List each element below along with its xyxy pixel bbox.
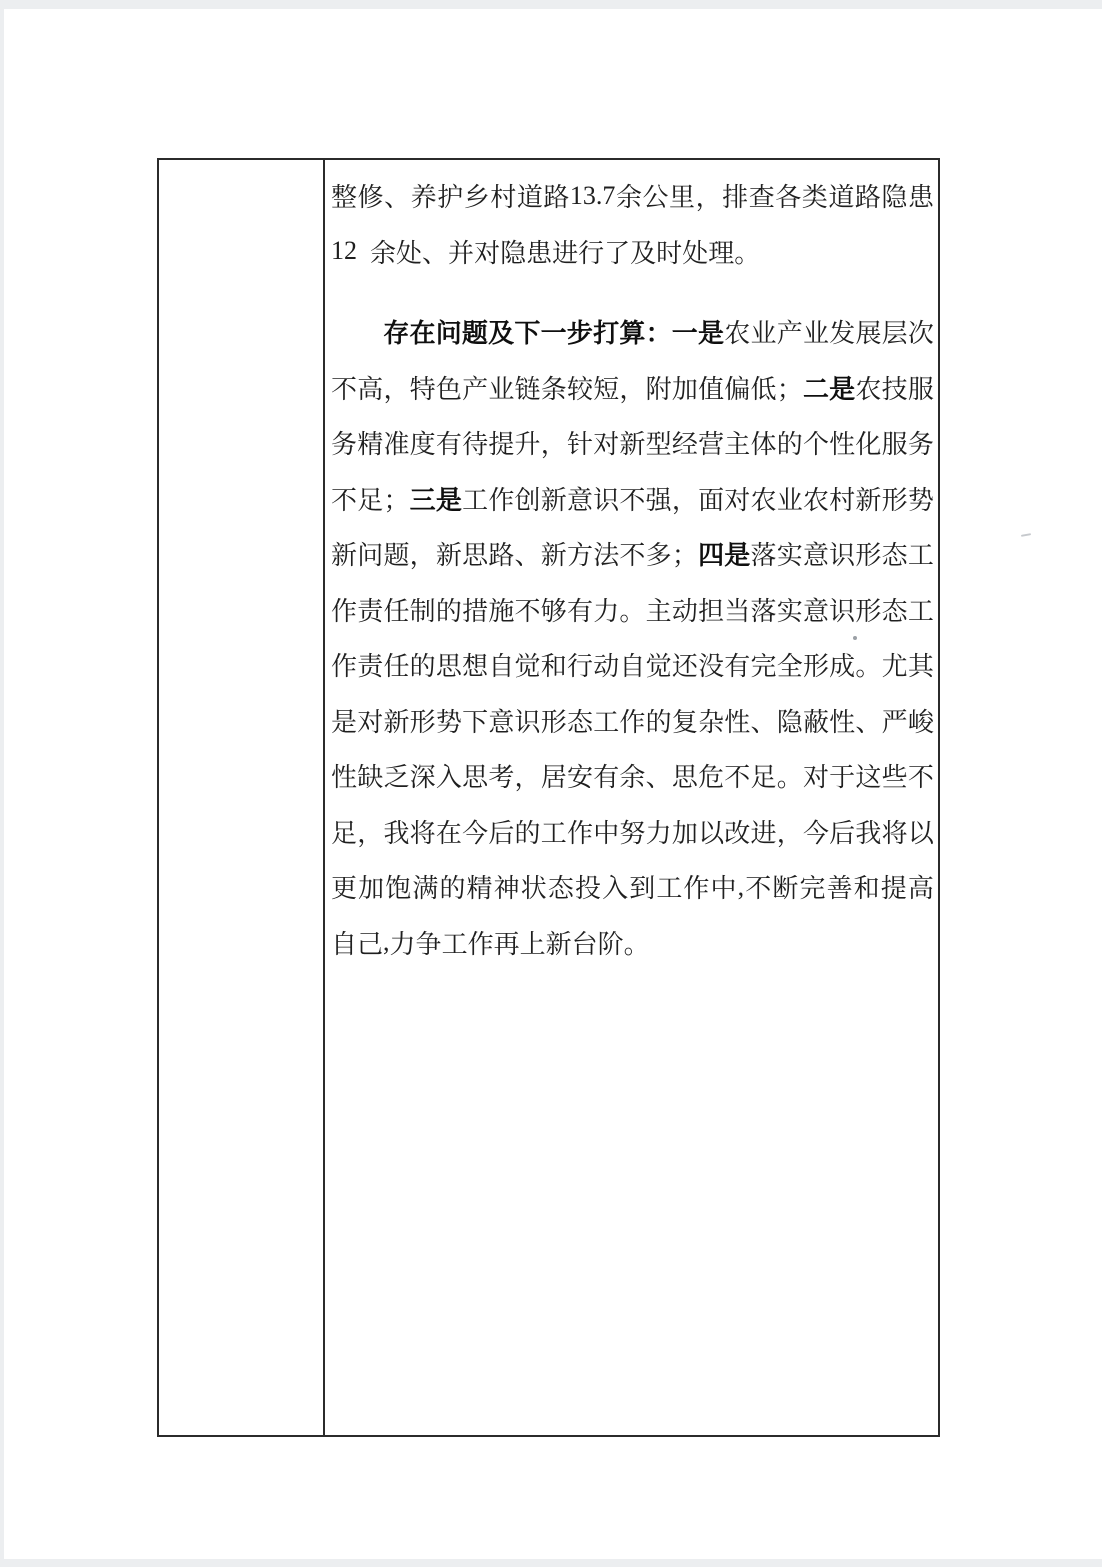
viewport-edge-left xyxy=(0,0,4,1567)
text-line: 作责任的思想自觉和行动自觉还没有完全形成。尤其 xyxy=(331,637,934,693)
document-table: 整修、养护乡村道路13.7余公里，排查各类道路隐患12余处、并对隐患进行了及时处… xyxy=(157,158,940,1437)
text-line: 不足；三是工作创新意识不强，面对农业农村新形势 xyxy=(331,471,934,527)
text-line: 不高，特色产业链条较短，附加值偏低；二是农技服 xyxy=(331,360,934,416)
text-line: 更加饱满的精神状态投入到工作中,不断完善和提高 xyxy=(331,859,934,915)
text-line: 是对新形势下意识形态工作的复杂性、隐蔽性、严峻 xyxy=(331,693,934,749)
report-text-body: 整修、养护乡村道路13.7余公里，排查各类道路隐患12余处、并对隐患进行了及时处… xyxy=(331,168,934,970)
text-line: 自己,力争工作再上新台阶。 xyxy=(331,915,934,971)
text-line: 作责任制的措施不够有力。主动担当落实意识形态工 xyxy=(331,582,934,638)
text-line: 性缺乏深入思考，居安有余、思危不足。对于这些不 xyxy=(331,748,934,804)
scan-speck-dash xyxy=(1021,533,1031,537)
text-line: 新问题，新思路、新方法不多；四是落实意识形态工 xyxy=(331,526,934,582)
text-line: 12余处、并对隐患进行了及时处理。 xyxy=(331,224,934,280)
viewport-edge-top xyxy=(0,0,1102,9)
viewport-edge-bottom xyxy=(0,1559,1102,1567)
text-line: 务精准度有待提升，针对新型经营主体的个性化服务 xyxy=(331,415,934,471)
table-cell-report-text: 整修、养护乡村道路13.7余公里，排查各类道路隐患12余处、并对隐患进行了及时处… xyxy=(325,160,938,1435)
table-cell-label-empty xyxy=(159,160,325,1435)
paragraph: 整修、养护乡村道路13.7余公里，排查各类道路隐患12余处、并对隐患进行了及时处… xyxy=(331,168,934,279)
text-line: 整修、养护乡村道路13.7余公里，排查各类道路隐患 xyxy=(331,168,934,224)
paragraph: 存在问题及下一步打算：一是农业产业发展层次不高，特色产业链条较短，附加值偏低；二… xyxy=(331,304,934,970)
text-line: 足，我将在今后的工作中努力加以改进，今后我将以 xyxy=(331,804,934,860)
scan-speck-dot xyxy=(853,636,857,640)
text-line: 存在问题及下一步打算：一是农业产业发展层次 xyxy=(331,304,934,360)
